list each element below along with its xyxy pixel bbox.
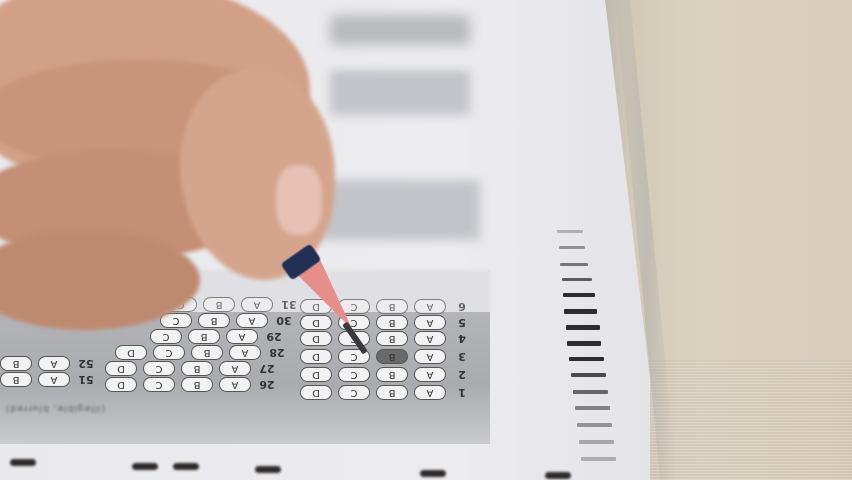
photo-scene: D C B A 1 D C B A 2 D C B A 3 D C B A 4 … [0, 0, 852, 480]
question-row-28: D C B A 28 [115, 345, 287, 360]
bubble-d[interactable]: D [300, 385, 332, 400]
bubble-b[interactable]: B [376, 331, 408, 346]
timing-dot [132, 463, 158, 470]
bubble-a[interactable]: A [219, 377, 251, 392]
blurred-header-box [330, 15, 470, 45]
blurred-grid-region [320, 180, 480, 240]
bubble-c[interactable]: C [150, 329, 182, 344]
question-row-3: D C B A 3 [300, 349, 472, 364]
bubble-b[interactable]: B [198, 313, 230, 328]
timing-mark [571, 373, 606, 377]
bubble-b[interactable]: B [376, 299, 408, 314]
question-number: 26 [257, 378, 277, 391]
question-number: 2 [452, 368, 472, 381]
bubble-b[interactable]: B [0, 356, 32, 371]
question-row-2: D C B A 2 [300, 367, 472, 382]
timing-dot [545, 472, 571, 479]
thumbnail [276, 165, 322, 235]
timing-mark [564, 309, 597, 314]
bubble-c[interactable]: C [143, 377, 175, 392]
bubble-b[interactable]: B [181, 377, 213, 392]
bubble-c[interactable]: C [153, 345, 185, 360]
question-row-51: B A 51 [0, 372, 96, 387]
bubble-a[interactable]: A [414, 315, 446, 330]
question-row-29: C B A 29 [150, 329, 284, 344]
timing-mark [563, 293, 595, 297]
timing-dot [255, 466, 281, 473]
bubble-b[interactable]: B [376, 315, 408, 330]
timing-mark [569, 357, 604, 361]
timing-mark [579, 440, 614, 444]
question-number: 27 [257, 362, 277, 375]
timing-dot [420, 470, 446, 477]
question-row-26: D C B A 26 [105, 377, 277, 392]
timing-mark [581, 457, 616, 461]
question-number: 51 [76, 373, 96, 386]
bubble-a[interactable]: A [219, 361, 251, 376]
timing-mark [577, 423, 612, 427]
question-row-4: D C B A 4 [300, 331, 472, 346]
bubble-a[interactable]: A [414, 331, 446, 346]
bubble-b[interactable]: B [191, 345, 223, 360]
bubble-a[interactable]: A [414, 349, 446, 364]
bubble-c[interactable]: C [338, 385, 370, 400]
timing-mark [559, 246, 585, 249]
bubble-a[interactable]: A [414, 299, 446, 314]
bubble-b[interactable]: B [188, 329, 220, 344]
bubble-b[interactable]: B [203, 297, 235, 312]
bubble-c[interactable]: C [143, 361, 175, 376]
question-number: 28 [267, 346, 287, 359]
bubble-b[interactable]: B [181, 361, 213, 376]
bubble-a[interactable]: A [38, 356, 70, 371]
question-number: 6 [452, 300, 472, 313]
bubble-a[interactable]: A [236, 313, 268, 328]
question-row-27: D C B A 27 [105, 361, 277, 376]
bubble-a[interactable]: A [414, 385, 446, 400]
timing-dot [173, 463, 199, 470]
bubble-c[interactable]: C [338, 367, 370, 382]
bubble-a[interactable]: A [414, 367, 446, 382]
timing-mark [575, 406, 610, 410]
sheet-footer-text: (illegible, blurred) [5, 403, 105, 413]
bubble-d[interactable]: D [300, 349, 332, 364]
bubble-a[interactable]: A [38, 372, 70, 387]
question-number: 3 [452, 350, 472, 363]
question-number: 29 [264, 330, 284, 343]
bubble-d[interactable]: D [300, 331, 332, 346]
bubble-a[interactable]: A [241, 297, 273, 312]
bubble-b-filled[interactable]: B [376, 349, 408, 364]
question-number: 31 [279, 298, 299, 311]
timing-mark [567, 341, 601, 346]
bubble-b[interactable]: B [376, 385, 408, 400]
question-number: 1 [452, 386, 472, 399]
bubble-d[interactable]: D [105, 361, 137, 376]
question-number: 30 [274, 314, 294, 327]
bubble-d[interactable]: D [115, 345, 147, 360]
question-number: 5 [452, 316, 472, 329]
question-row-1: D C B A 1 [300, 385, 472, 400]
bubble-d[interactable]: D [300, 367, 332, 382]
timing-dot [10, 459, 36, 466]
timing-mark [566, 325, 600, 330]
timing-mark [573, 390, 608, 394]
timing-mark [557, 230, 583, 233]
bubble-a[interactable]: A [229, 345, 261, 360]
bubble-a[interactable]: A [226, 329, 258, 344]
blurred-grid-region [330, 70, 470, 115]
question-number: 4 [452, 332, 472, 345]
question-row-52: B A 52 [0, 356, 96, 371]
bubble-b[interactable]: B [376, 367, 408, 382]
question-number: 52 [76, 357, 96, 370]
question-row-30: C B A 30 [160, 313, 294, 328]
bubble-b[interactable]: B [0, 372, 32, 387]
timing-mark [562, 278, 592, 281]
timing-mark [560, 263, 588, 266]
bubble-d[interactable]: D [105, 377, 137, 392]
